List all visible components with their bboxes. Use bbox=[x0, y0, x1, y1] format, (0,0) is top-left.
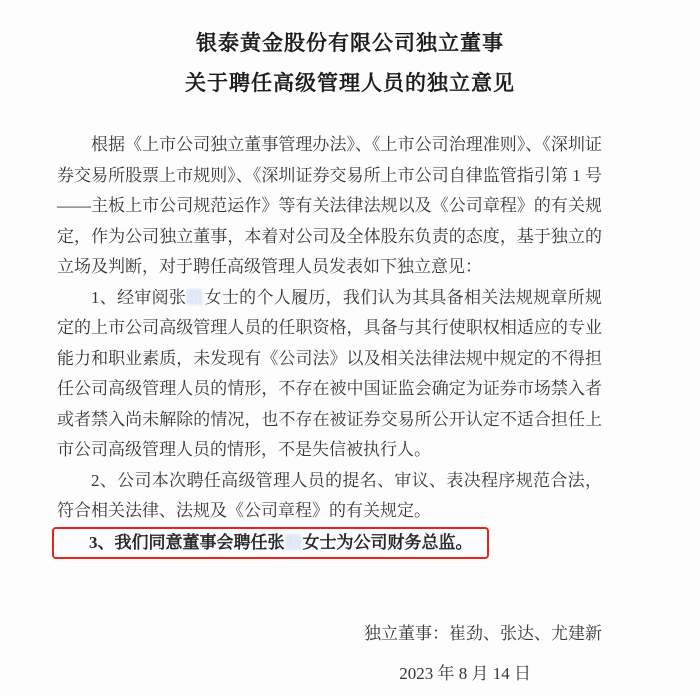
document-title-line2: 关于聘任高级管理人员的独立意见 bbox=[0, 63, 700, 103]
paragraph-item2: 2、公司本次聘任高级管理人员的提名、审议、表决程序规范合法，符合相关法律、法规及… bbox=[57, 466, 602, 527]
paragraph-item3: 3、我们同意董事会聘任张女士为公司财务总监。 bbox=[54, 530, 487, 555]
title-block: 银泰黄金股份有限公司独立董事 关于聘任高级管理人员的独立意见 bbox=[0, 0, 700, 103]
item1-text-before: 1、经审阅张 bbox=[91, 288, 186, 307]
paragraph-intro: 根据《上市公司独立董事管理办法》、《上市公司治理准则》、《深圳证券交易所股票上市… bbox=[57, 130, 602, 283]
highlight-red-box: 3、我们同意董事会聘任张女士为公司财务总监。 bbox=[52, 527, 489, 559]
redacted-name-blur bbox=[286, 534, 302, 550]
document-page: 银泰黄金股份有限公司独立董事 关于聘任高级管理人员的独立意见 根据《上市公司独立… bbox=[0, 0, 700, 696]
document-body: 根据《上市公司独立董事管理办法》、《上市公司治理准则》、《深圳证券交易所股票上市… bbox=[57, 130, 602, 689]
item3-text-after: 女士为公司财务总监。 bbox=[303, 533, 473, 552]
signature-block: 独立董事：崔劲、张达、尤建新 2023 年 8 月 14 日 bbox=[57, 619, 602, 689]
redacted-name-blur bbox=[187, 289, 203, 305]
item3-text-before: 3、我们同意董事会聘任张 bbox=[89, 533, 285, 552]
document-title-line1: 银泰黄金股份有限公司独立董事 bbox=[0, 23, 700, 63]
signature-date: 2023 年 8 月 14 日 bbox=[57, 659, 602, 689]
item1-text-after: 女士的个人履历，我们认为其具备相关法规规章所规定的上市公司高级管理人员的任职资格… bbox=[57, 288, 602, 460]
paragraph-item1: 1、经审阅张女士的个人履历，我们认为其具备相关法规规章所规定的上市公司高级管理人… bbox=[57, 283, 602, 466]
signature-names: 独立董事：崔劲、张达、尤建新 bbox=[57, 619, 602, 649]
